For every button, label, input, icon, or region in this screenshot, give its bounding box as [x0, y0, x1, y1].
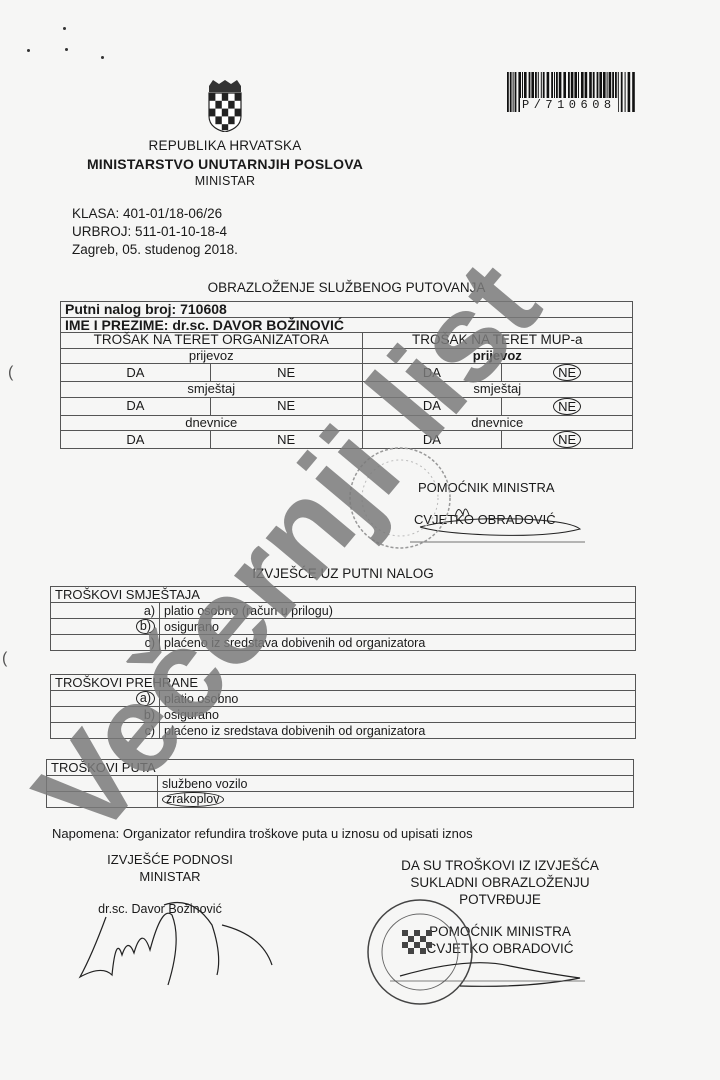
- place-date: Zagreb, 05. studenog 2018.: [72, 242, 238, 257]
- mup-category: dnevnice: [362, 415, 633, 431]
- mup-no[interactable]: NE: [502, 364, 633, 382]
- speck: [63, 27, 66, 30]
- coat-of-arms-icon: [207, 80, 243, 132]
- travel-header: TROŠKOVI PUTA: [47, 760, 634, 776]
- mup-no[interactable]: NE: [502, 431, 633, 449]
- office-name: MINISTAR: [40, 174, 410, 188]
- food-header: TROŠKOVI PREHRANE: [51, 675, 636, 691]
- option-text: zrakoplov: [158, 792, 634, 808]
- ministry-name: MINISTARSTVO UNUTARNJIH POSLOVA: [40, 156, 410, 172]
- punch-hole-mark: (: [2, 650, 7, 668]
- option-row[interactable]: službeno vozilo: [47, 776, 634, 792]
- mup-header: TROŠAK NA TERET MUP-a: [362, 333, 633, 349]
- mup-yes[interactable]: DA: [362, 364, 502, 382]
- note: Napomena: Organizator refundira troškove…: [52, 826, 473, 841]
- organizer-category: prijevoz: [61, 348, 363, 364]
- note-text: : Organizator refundira troškove puta u …: [116, 826, 473, 841]
- option-row[interactable]: b) osigurano: [51, 619, 636, 635]
- organizer-category: dnevnice: [61, 415, 363, 431]
- note-label: Napomena: [52, 826, 116, 841]
- mup-yes[interactable]: DA: [362, 397, 502, 415]
- option-row[interactable]: a) platio osobno: [51, 691, 636, 707]
- submitter-title: IZVJEŠĆE PODNOSI: [70, 852, 270, 867]
- urbroj: URBROJ: 511-01-10-18-4: [72, 224, 227, 239]
- option-label: a): [51, 603, 160, 619]
- faded-stamp: [340, 440, 460, 550]
- klasa: KLASA: 401-01/18-06/26: [72, 206, 222, 221]
- confirm-line-2: SUKLADNI OBRAZLOŽENJU: [380, 875, 620, 890]
- speck: [101, 56, 104, 59]
- selected-mark: NE: [553, 398, 581, 415]
- organizer-header: TROŠAK NA TERET ORGANIZATORA: [61, 333, 363, 349]
- option-label: a): [51, 691, 160, 707]
- submitter-office: MINISTAR: [70, 869, 270, 884]
- option-text: platio osobno (račun u prilogu): [160, 603, 636, 619]
- speck: [27, 49, 30, 52]
- country-name: REPUBLIKA HRVATSKA: [40, 138, 410, 153]
- justification-table: Putni nalog broj: 710608 IME I PREZIME: …: [60, 301, 633, 449]
- travel-table: TROŠKOVI PUTA službeno vozilo zrakoplov: [46, 759, 634, 808]
- confirm-line-1: DA SU TROŠKOVI IZ IZVJEŠĆA: [380, 858, 620, 873]
- option-row[interactable]: zrakoplov: [47, 792, 634, 808]
- option-label: c): [51, 635, 160, 651]
- organizer-category: smještaj: [61, 382, 363, 398]
- option-label: b): [51, 707, 160, 723]
- option-row[interactable]: c) plaćeno iz sredstava dobivenih od org…: [51, 635, 636, 651]
- accommodation-header: TROŠKOVI SMJEŠTAJA: [51, 587, 636, 603]
- option-label: [47, 792, 158, 808]
- option-row[interactable]: c) plaćeno iz sredstava dobivenih od org…: [51, 723, 636, 739]
- organizer-yes[interactable]: DA: [61, 397, 211, 415]
- organizer-no[interactable]: NE: [210, 397, 362, 415]
- organizer-yes[interactable]: DA: [61, 431, 211, 449]
- justification-title: OBRAZLOŽENJE SLUŽBENOG PUTOVANJA: [60, 280, 633, 295]
- organizer-no[interactable]: NE: [210, 364, 362, 382]
- minister-signature: [72, 895, 282, 1005]
- option-row[interactable]: a) platio osobno (račun u prilogu): [51, 603, 636, 619]
- option-text: službeno vozilo: [158, 776, 634, 792]
- report-title: IZVJEŠĆE UZ PUTNI NALOG: [50, 566, 636, 581]
- option-text: platio osobno: [160, 691, 636, 707]
- selected-mark: NE: [553, 364, 581, 381]
- accommodation-table: TROŠKOVI SMJEŠTAJA a) platio osobno (rač…: [50, 586, 636, 651]
- punch-hole-mark: (: [8, 364, 13, 382]
- mup-category: prijevoz: [362, 348, 633, 364]
- barcode-number: P/710608: [520, 98, 618, 112]
- selected-mark: NE: [553, 431, 581, 448]
- food-table: TROŠKOVI PREHRANE a) platio osobnob) osi…: [50, 674, 636, 739]
- option-text: osigurano: [160, 619, 636, 635]
- organizer-yes[interactable]: DA: [61, 364, 211, 382]
- option-row[interactable]: b) osigurano: [51, 707, 636, 723]
- option-text: plaćeno iz sredstava dobivenih od organi…: [160, 723, 636, 739]
- option-label: [47, 776, 158, 792]
- mup-no[interactable]: NE: [502, 397, 633, 415]
- option-label: b): [51, 619, 160, 635]
- mup-category: smještaj: [362, 382, 633, 398]
- option-label: c): [51, 723, 160, 739]
- speck: [65, 48, 68, 51]
- official-stamp: [350, 896, 590, 1016]
- option-text: plaćeno iz sredstava dobivenih od organi…: [160, 635, 636, 651]
- option-text: osigurano: [160, 707, 636, 723]
- full-name: IME I PREZIME: dr.sc. DAVOR BOŽINOVIĆ: [61, 317, 633, 333]
- order-number: Putni nalog broj: 710608: [61, 302, 633, 318]
